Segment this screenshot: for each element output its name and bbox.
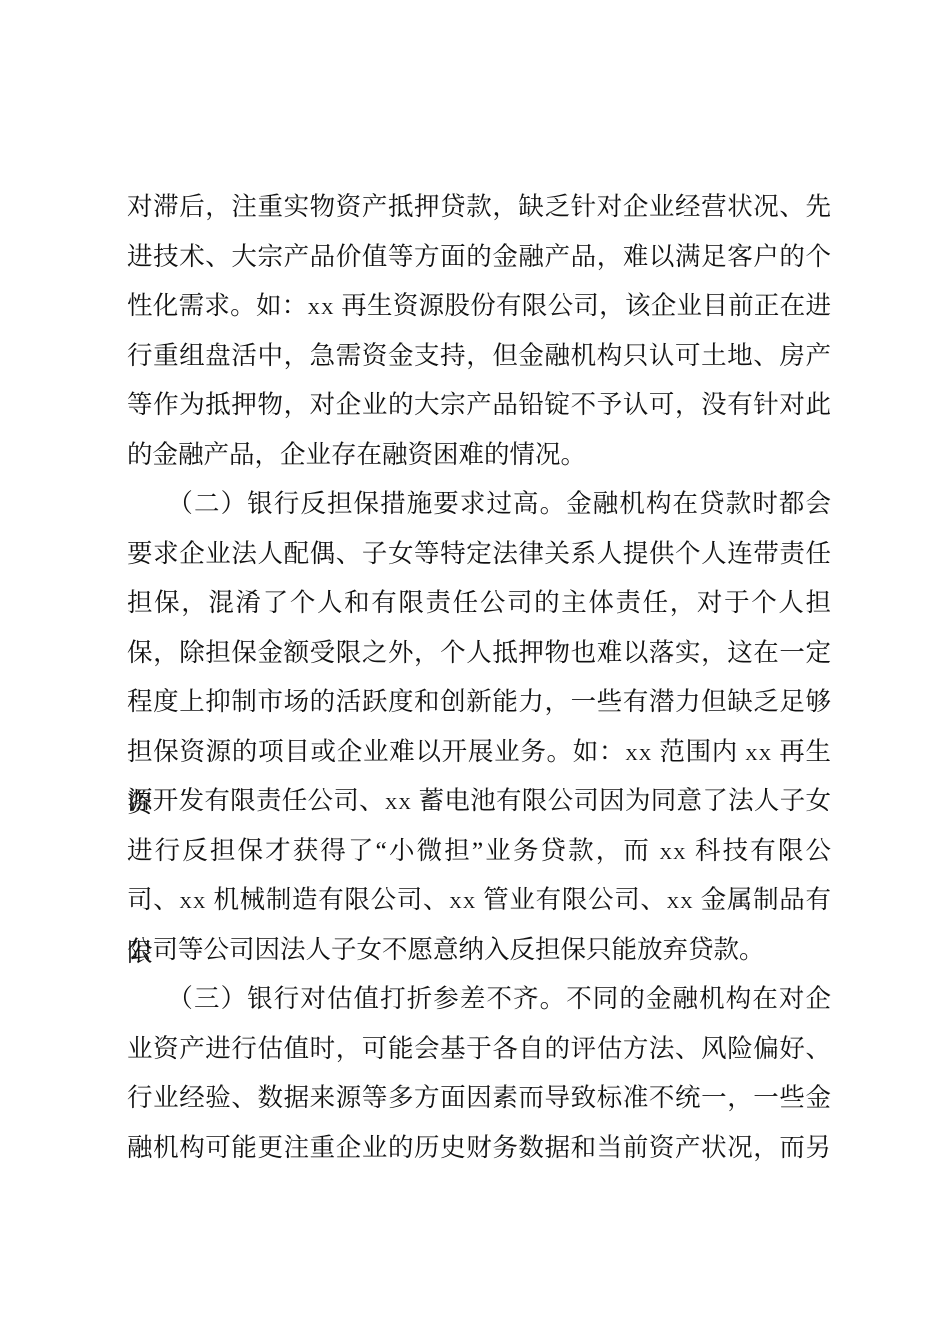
paragraph-continuation-item-1: 对滞后，注重实物资产抵押贷款，缺乏针对企业经营状况、先进技术、大宗产品价值等方面… — [127, 182, 831, 479]
latin-text: XX — [385, 794, 412, 813]
text-line: 等作为抵押物，对企业的大宗产品铅锭不予认可，没有针对此 — [127, 380, 831, 430]
document-page: 对滞后，注重实物资产抵押贷款，缺乏针对企业经营状况、先进技术、大宗产品价值等方面… — [0, 0, 950, 1344]
text-line: 对滞后，注重实物资产抵押贷款，缺乏针对企业经营状况、先 — [127, 182, 831, 232]
text-line: 保，除担保金额受限之外，个人抵押物也难以落实，这在一定 — [127, 628, 831, 678]
text-line: 公司等公司因法人子女不愿意纳入反担保只能放弃贷款。 — [127, 925, 831, 975]
text-line: 性化需求。如：XX 再生资源股份有限公司，该企业目前正在进 — [127, 281, 831, 331]
latin-text: XX — [660, 844, 687, 863]
latin-text: XX — [449, 893, 476, 912]
text-line: 担保资源的项目或企业难以开展业务。如：XX 范围内 XX 再生资 — [127, 727, 831, 777]
text-line: （二）银行反担保措施要求过高。金融机构在贷款时都会 — [127, 479, 831, 529]
text-line: 担保，混淆了个人和有限责任公司的主体责任，对于个人担 — [127, 578, 831, 628]
latin-text: XX — [179, 893, 206, 912]
text-line: 程度上抑制市场的活跃度和创新能力，一些有潜力但缺乏足够 — [127, 677, 831, 727]
document-body: 对滞后，注重实物资产抵押贷款，缺乏针对企业经营状况、先进技术、大宗产品价值等方面… — [127, 182, 831, 1172]
paragraph-item-3-valuation-discount: （三）银行对估值打折参差不齐。不同的金融机构在对企业资产进行估值时，可能会基于各… — [127, 974, 831, 1172]
latin-text: XX — [308, 299, 335, 318]
text-line: 进技术、大宗产品价值等方面的金融产品，难以满足客户的个 — [127, 232, 831, 282]
text-line: （三）银行对估值打折参差不齐。不同的金融机构在对企 — [127, 974, 831, 1024]
text-line: 行业经验、数据来源等多方面因素而导致标准不统一，一些金 — [127, 1073, 831, 1123]
text-line: 融机构可能更注重企业的历史财务数据和当前资产状况，而另 — [127, 1123, 831, 1173]
text-line: 司、XX 机械制造有限公司、XX 管业有限公司、XX 金属制品有限 — [127, 875, 831, 925]
latin-text: XX — [745, 745, 772, 764]
text-line: 进行反担保才获得了“小微担”业务贷款，而 XX 科技有限公 — [127, 826, 831, 876]
text-line: 要求企业法人配偶、子女等特定法律关系人提供个人连带责任 — [127, 529, 831, 579]
text-line: 行重组盘活中，急需资金支持，但金融机构只认可土地、房产 — [127, 331, 831, 381]
text-line: 业资产进行估值时，可能会基于各自的评估方法、风险偏好、 — [127, 1024, 831, 1074]
text-line: 源开发有限责任公司、XX 蓄电池有限公司因为同意了法人子女 — [127, 776, 831, 826]
paragraph-item-2-bank-counter-guarantee: （二）银行反担保措施要求过高。金融机构在贷款时都会要求企业法人配偶、子女等特定法… — [127, 479, 831, 974]
latin-text: XX — [667, 893, 694, 912]
text-line: 的金融产品，企业存在融资困难的情况。 — [127, 430, 831, 480]
latin-text: XX — [625, 745, 652, 764]
